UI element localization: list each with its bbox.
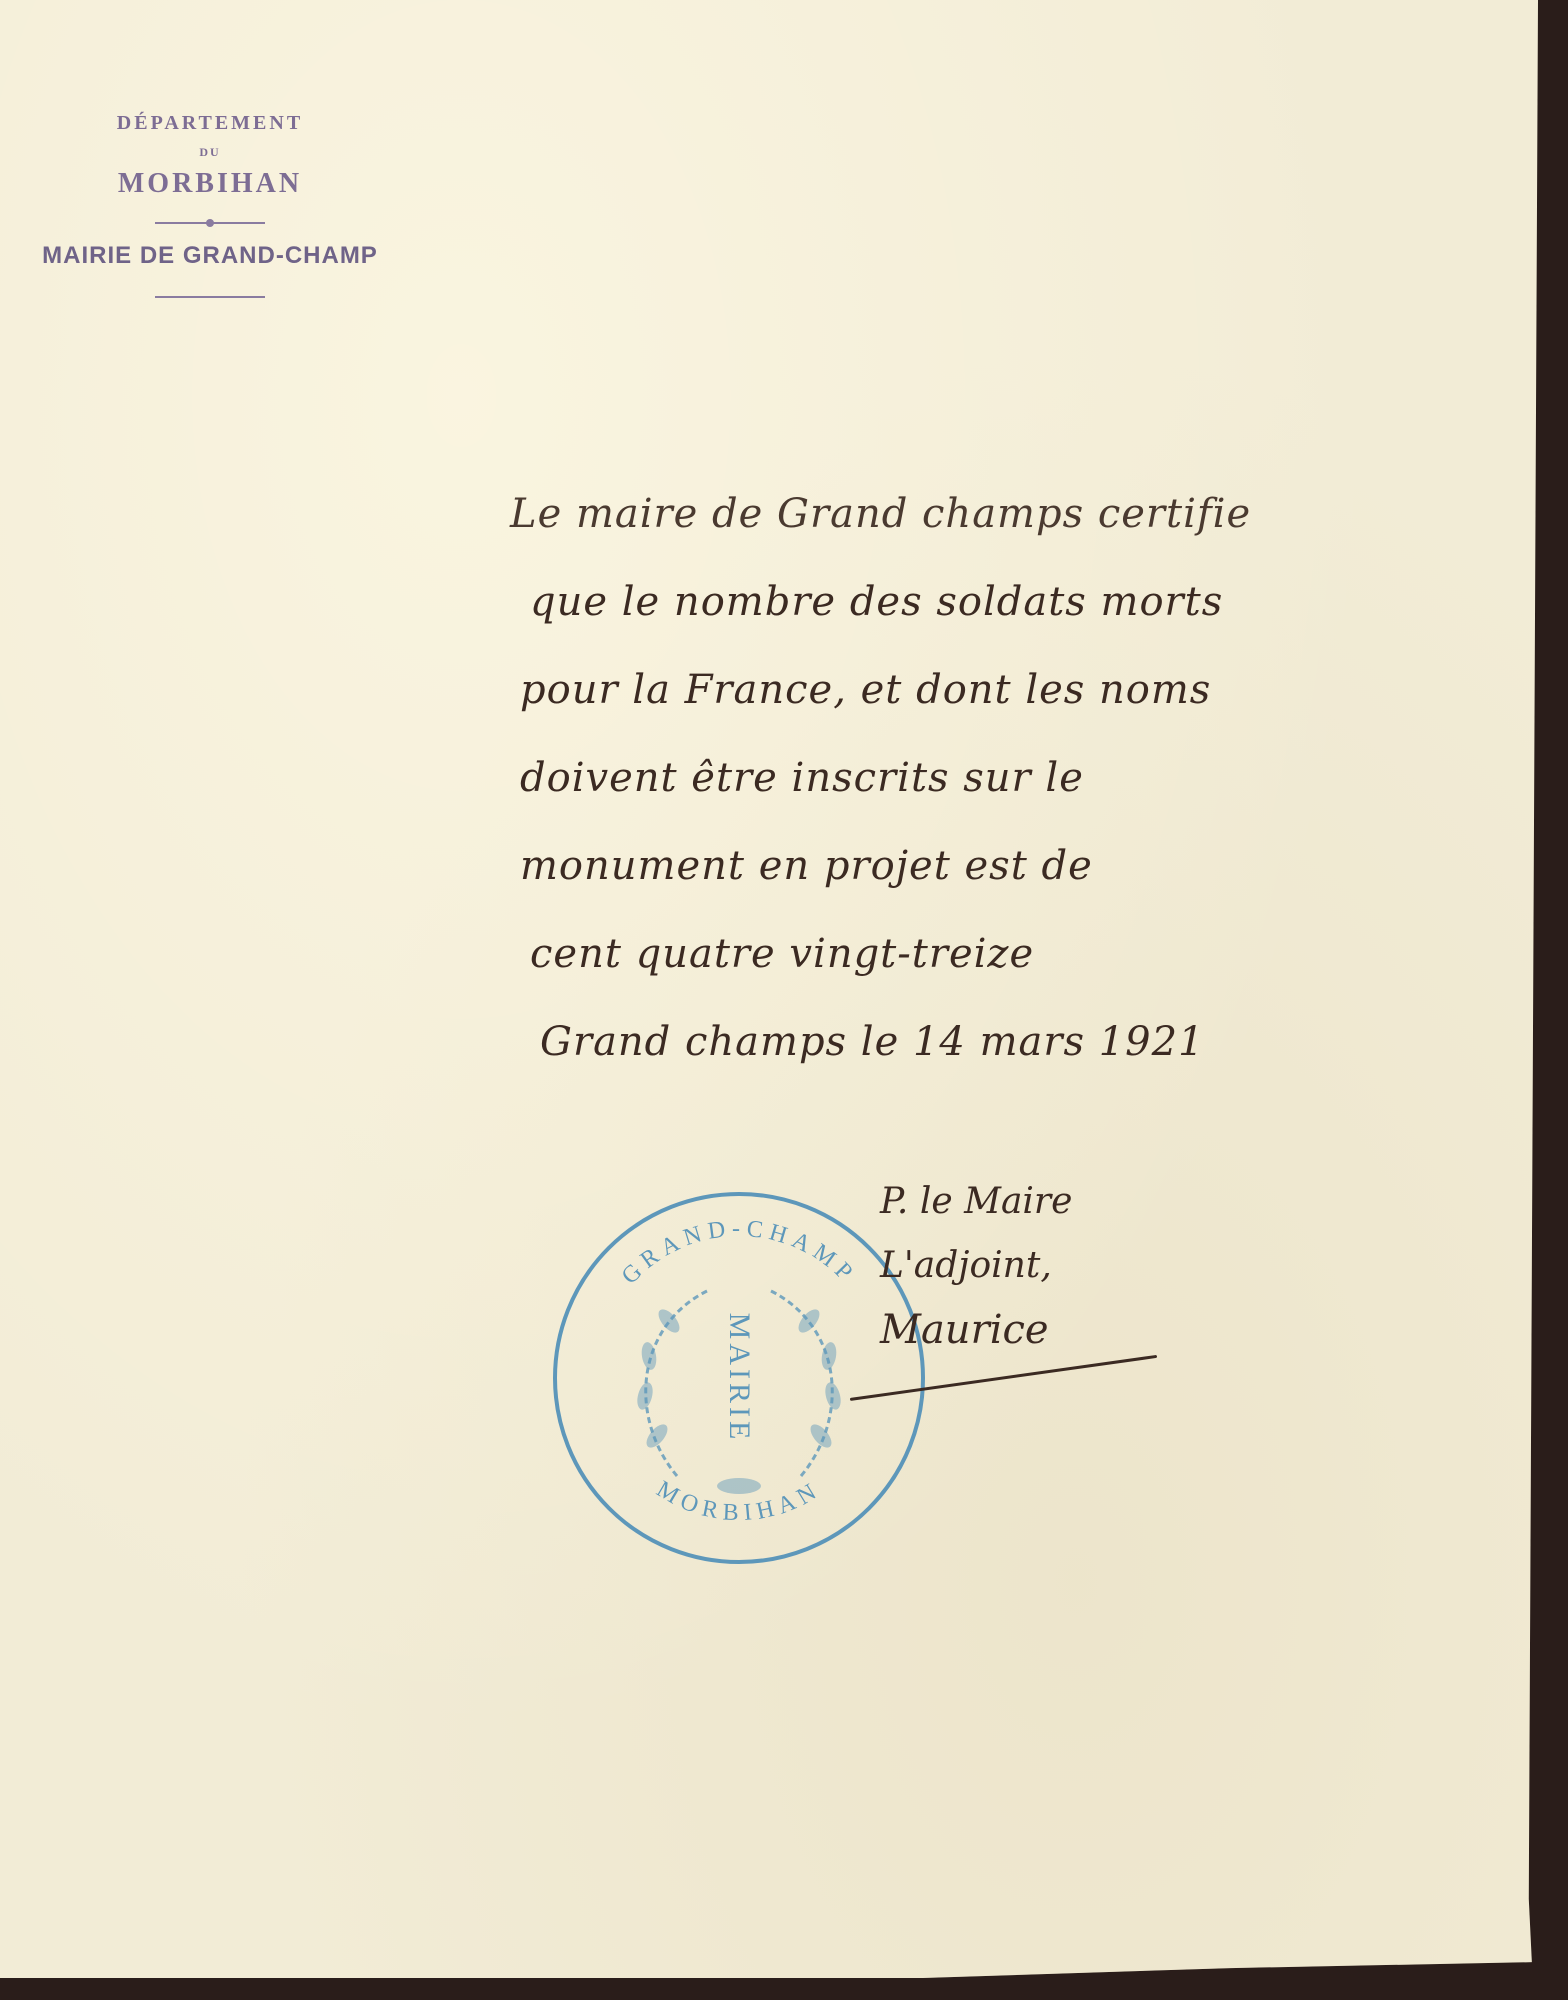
handwritten-line: doivent être inscrits sur le [500,734,1460,822]
handwritten-line: cent quatre vingt-treize [500,910,1460,998]
stamp-center-text: MAIRIE [722,1313,756,1444]
signature-title: P. le Maire [840,1170,1160,1234]
handwritten-line: pour la France, et dont les noms [500,646,1460,734]
letterhead-du: DU [30,145,390,160]
letterhead-divider-2 [155,296,265,298]
signature-role: L'adjoint, [840,1234,1160,1298]
letterhead-morbihan: MORBIHAN [30,168,390,200]
document-page: DÉPARTEMENT DU MORBIHAN MAIRIE DE GRAND-… [0,0,1538,1978]
handwritten-certificate: Le maire de Grand champs certifie que le… [500,470,1460,1086]
signature-block: P. le Maire L'adjoint, Maurice [840,1170,1160,1362]
handwritten-line: monument en projet est de [500,822,1460,910]
svg-text:GRAND-CHAMP: GRAND-CHAMP [617,1216,862,1290]
signature-name: Maurice [840,1298,1160,1362]
handwritten-date-line: Grand champs le 14 mars 1921 [500,998,1460,1086]
letterhead-divider [155,222,265,224]
letterhead-department: DÉPARTEMENT [30,112,390,135]
handwritten-line: Le maire de Grand champs certifie [500,470,1460,558]
letterhead-mairie: MAIRIE DE GRAND-CHAMP [30,242,390,270]
handwritten-line: que le nombre des soldats morts [500,558,1460,646]
letterhead: DÉPARTEMENT DU MORBIHAN MAIRIE DE GRAND-… [30,112,390,298]
